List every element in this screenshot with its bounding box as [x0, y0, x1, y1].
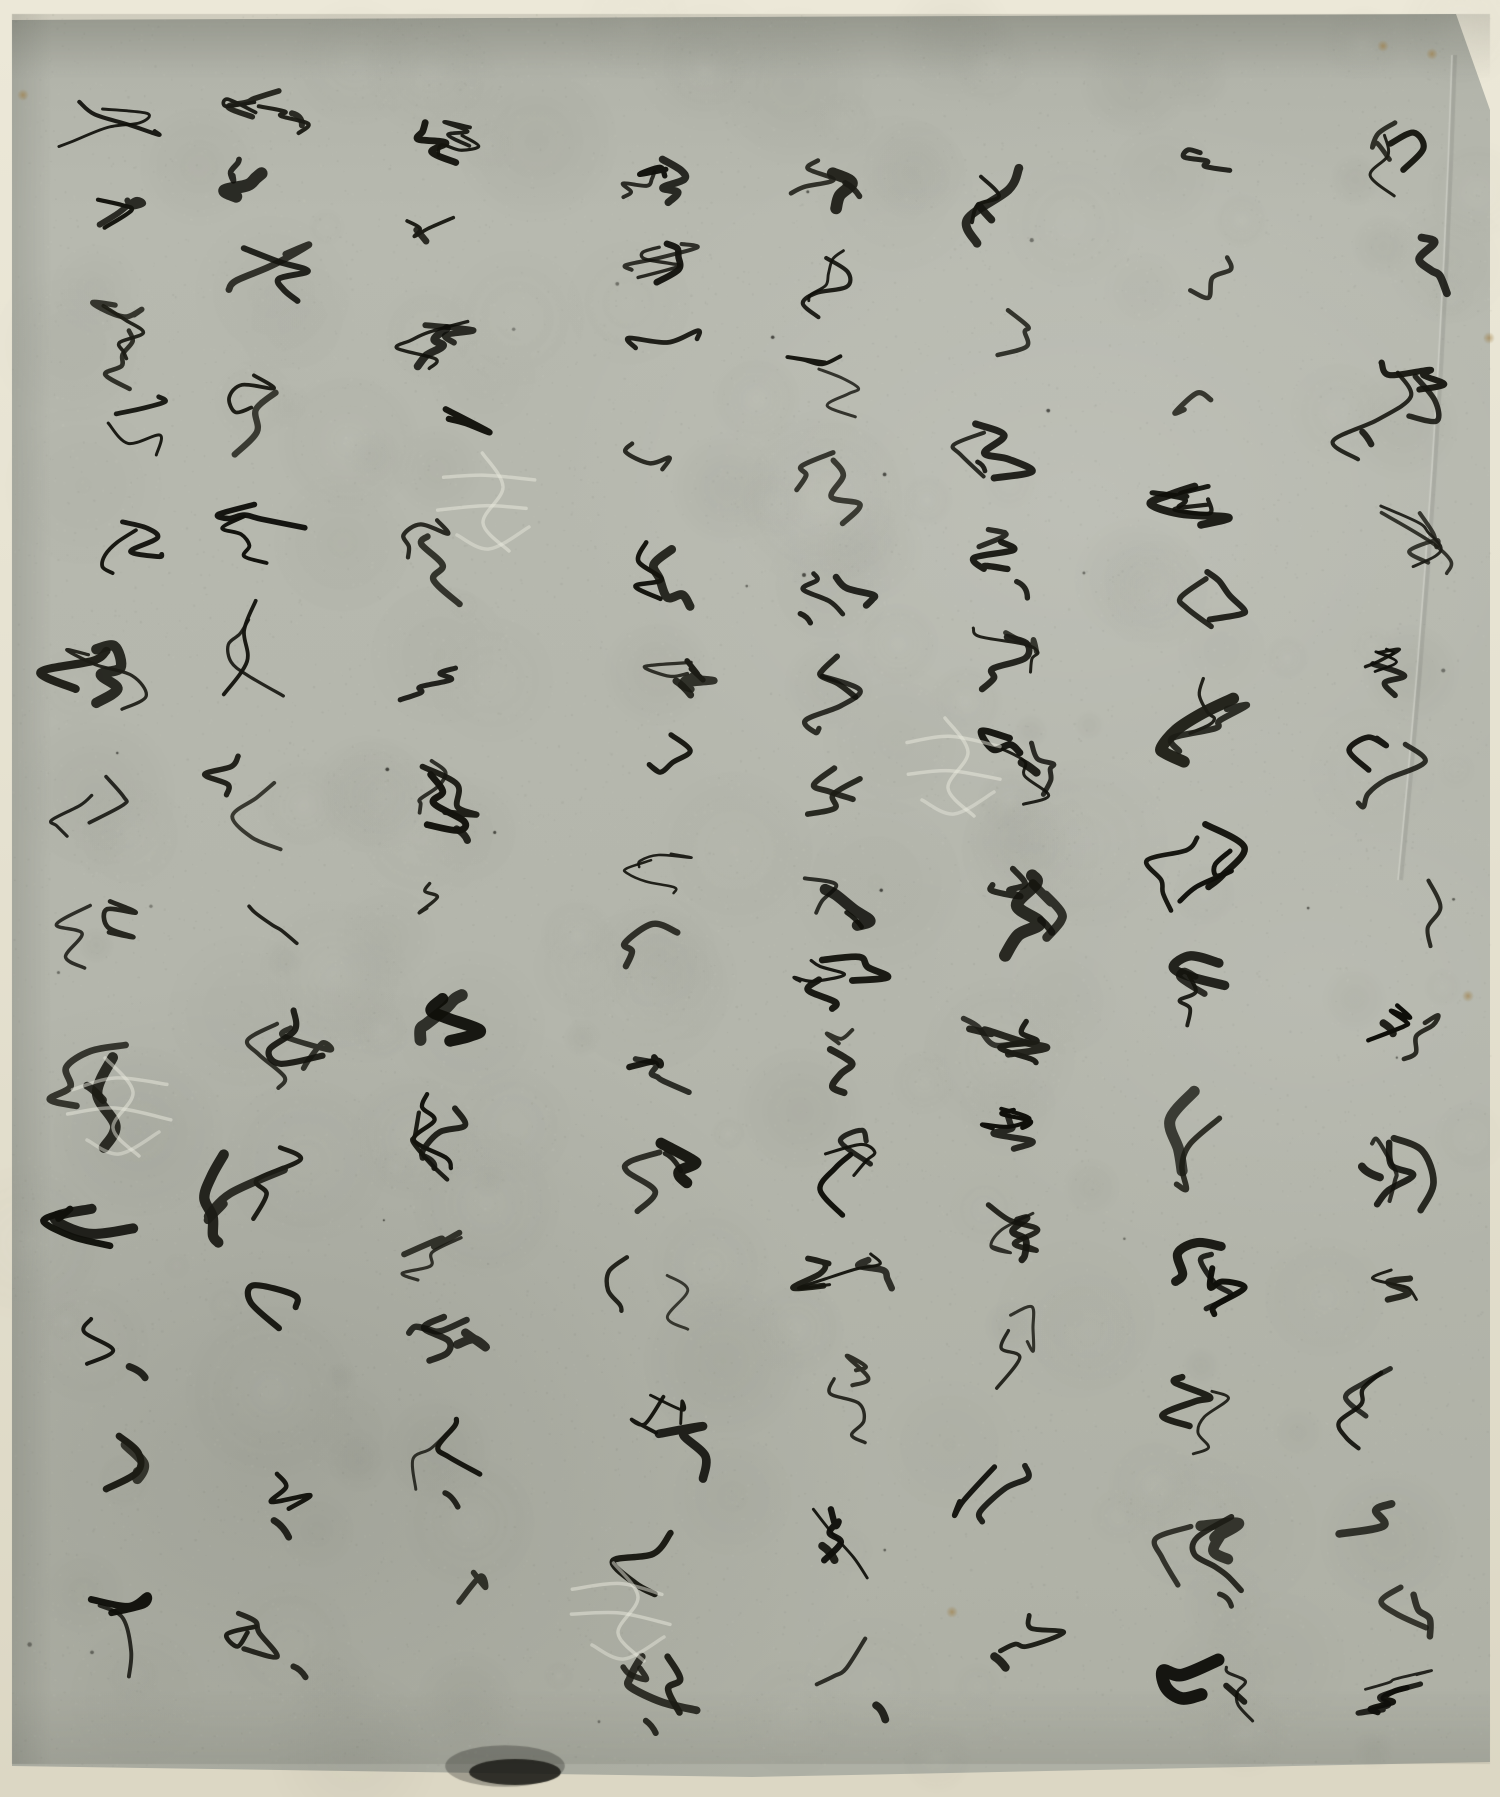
photo-page [0, 0, 1500, 1797]
calligraphy-sheet [12, 14, 1490, 1784]
